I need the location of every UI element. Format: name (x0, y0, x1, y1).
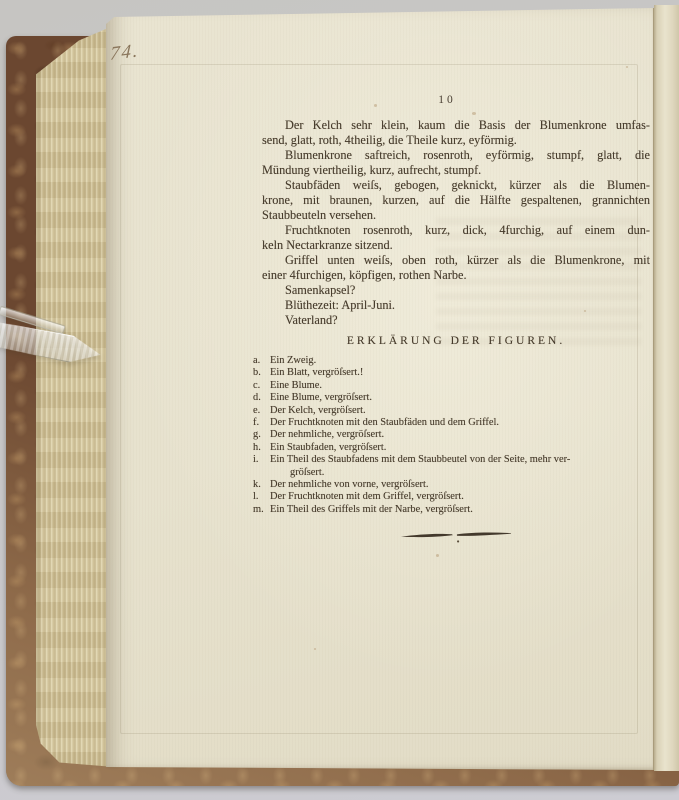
text-line: Staubfäden weiſs, gebogen, geknickt, kür… (262, 178, 650, 193)
figure-item: k.Der nehmliche von vorne, vergröſsert. (253, 479, 650, 491)
figure-item: f.Der Fruchtknoten mit den Staubfäden un… (253, 417, 650, 429)
figure-explanation-list: a.Ein Zweig. b.Ein Blatt, vergröſsert.! … (253, 355, 650, 516)
text-line: keln Nectarkranze sitzend. (262, 238, 650, 253)
paragraph: Samenkapsel? (262, 283, 650, 298)
paragraph: Fruchtknoten rosenroth, kurz, dick, 4fur… (262, 223, 650, 253)
figure-item-text: Eine Blume, vergröſsert. (270, 392, 372, 403)
figure-item-label: i. (253, 454, 270, 466)
figure-item-text: Ein Staubfaden, vergröſsert. (270, 442, 386, 453)
figure-item-label: k. (253, 479, 270, 491)
paragraph: Blumenkrone saftreich, rosenroth, eyförm… (262, 148, 650, 178)
figure-item: e.Der Kelch, vergröſsert. (253, 405, 650, 417)
figure-item-text: Der Fruchtknoten mit den Staubfäden und … (270, 417, 499, 428)
figure-item: i.Ein Theil des Staubfadens mit dem Stau… (253, 454, 650, 479)
text-line: Blüthezeit: April-Juni. (262, 298, 650, 313)
figure-item-text: Der Fruchtknoten mit dem Griffel, vergrö… (270, 491, 464, 502)
text-line: Mündung viertheilig, kurz, aufrecht, stu… (262, 163, 650, 178)
figure-item-text: Ein Theil des Griffels mit der Narbe, ve… (270, 504, 473, 515)
text-line: Griffel unten weiſs, oben roth, kürzer a… (262, 253, 650, 268)
figure-item: b.Ein Blatt, vergröſsert.! (253, 367, 650, 379)
text-line: Staubbeuteln versehen. (262, 208, 650, 223)
figure-item: c.Eine Blume. (253, 380, 650, 392)
figure-item-label: m. (253, 504, 270, 516)
text-line: Blumenkrone saftreich, rosenroth, eyförm… (262, 148, 650, 163)
figure-item-label: c. (253, 380, 270, 392)
paragraph: Der Kelch sehr klein, kaum die Basis der… (262, 118, 650, 148)
figure-item-label: l. (253, 491, 270, 503)
figure-item-text: Der nehmliche von vorne, vergröſsert. (270, 479, 429, 490)
paragraph: Staubfäden weiſs, gebogen, geknickt, kür… (262, 178, 650, 223)
figure-item-text: Ein Theil des Staubfadens mit dem Staubb… (270, 454, 570, 465)
printed-page-number: 10 (428, 94, 466, 106)
text-line: Fruchtknoten rosenroth, kurz, dick, 4fur… (262, 223, 650, 238)
foxing-spot (436, 554, 439, 557)
figure-item-label: g. (253, 429, 270, 441)
foxing-spot (626, 66, 628, 68)
figure-item: a.Ein Zweig. (253, 355, 650, 367)
paragraph: Griffel unten weiſs, oben roth, kürzer a… (262, 253, 650, 283)
figure-item-label: b. (253, 367, 270, 379)
figure-item-label: e. (253, 405, 270, 417)
figure-item-text-continued: gröſsert. (253, 467, 650, 479)
figure-item-label: h. (253, 442, 270, 454)
text-line: Samenkapsel? (262, 283, 650, 298)
figure-item: g.Der nehmliche, vergröſsert. (253, 429, 650, 441)
foxing-spot (314, 648, 316, 650)
figure-item-label: f. (253, 417, 270, 429)
text-line: send, glatt, roth, 4theilig, die Theile … (262, 133, 650, 148)
figure-item: m.Ein Theil des Griffels mit der Narbe, … (253, 504, 650, 516)
foxing-spot (374, 104, 377, 107)
figures-section-heading: ERKLÄRUNG DER FIGUREN. (262, 334, 650, 349)
handwritten-folio-number: 74. (110, 40, 141, 66)
figure-item: h.Ein Staubfaden, vergröſsert. (253, 442, 650, 454)
figure-item-text: Eine Blume. (270, 380, 322, 391)
swelled-rule-divider-icon (400, 529, 512, 548)
figure-item-text: Ein Zweig. (270, 355, 316, 366)
text-line: Vaterland? (262, 313, 650, 328)
figure-item-text: Der nehmliche, vergröſsert. (270, 429, 384, 440)
adjacent-page-fold-edge (654, 5, 679, 771)
figure-item: l.Der Fruchtknoten mit dem Griffel, verg… (253, 491, 650, 503)
text-line: Der Kelch sehr klein, kaum die Basis der… (262, 118, 650, 133)
text-line: einer 4furchigen, köpfigen, rothen Narbe… (262, 268, 650, 283)
book-page: 74. 10 Der Kelch sehr klein, kaum die Ba… (106, 8, 654, 770)
paragraph: Blüthezeit: April-Juni. (262, 298, 650, 313)
figure-item-label: a. (253, 355, 270, 367)
text-block: Der Kelch sehr klein, kaum die Basis der… (262, 118, 650, 546)
foxing-spot (472, 112, 476, 115)
figure-item-label: d. (253, 392, 270, 404)
text-line: krone, mit braunen, kurzen, auf die Hälf… (262, 193, 650, 208)
figure-item: d.Eine Blume, vergröſsert. (253, 392, 650, 404)
paragraph: Vaterland? (262, 313, 650, 328)
figure-item-text: Ein Blatt, vergröſsert.! (270, 367, 363, 378)
figure-item-text: Der Kelch, vergröſsert. (270, 405, 366, 416)
